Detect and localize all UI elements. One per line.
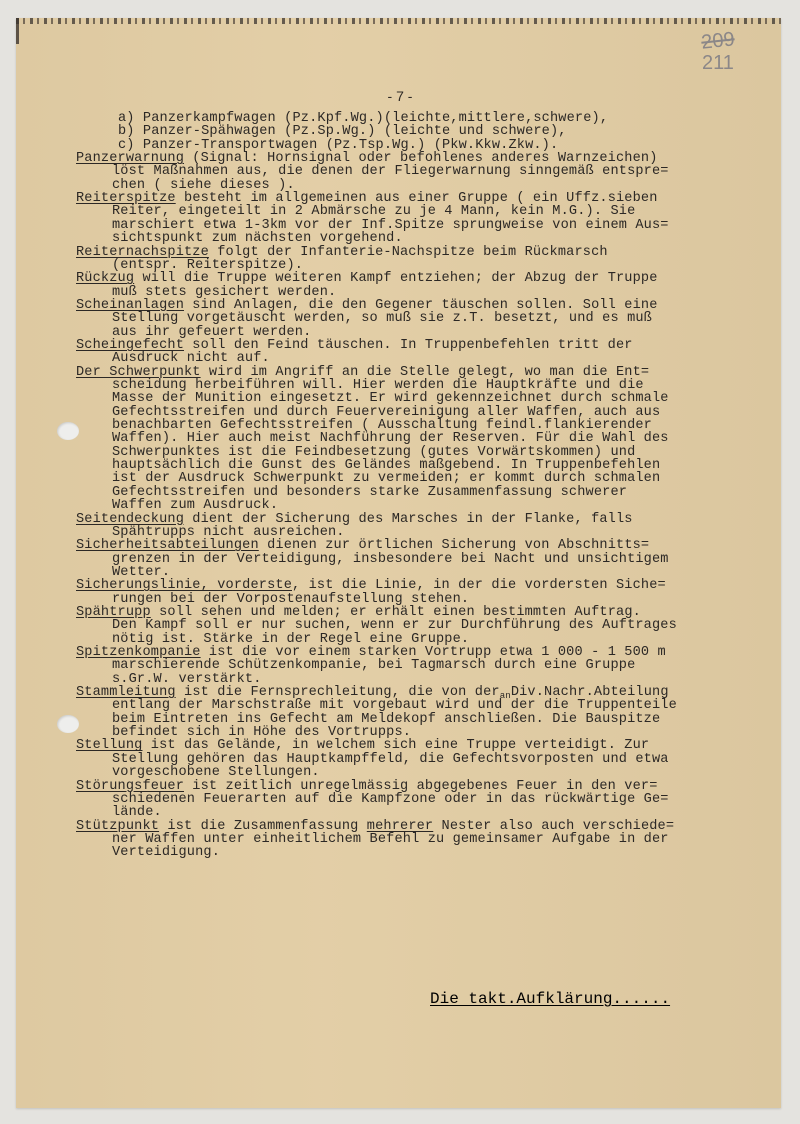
glossary-entry-first-line: Stützpunkt ist die Zusammenfassung mehre… (76, 820, 674, 833)
entry-text: dienen zur örtlichen Sicherung von Absch… (259, 538, 649, 553)
page-edge-mark (16, 18, 19, 44)
glossary-entry-continuation: rungen bei der Vorpostenaufstellung steh… (112, 593, 469, 606)
glossary-entry-continuation: Waffen zum Ausdruck. (112, 499, 278, 512)
glossary-entry-continuation: grenzen in der Verteidigung, insbesonder… (112, 553, 669, 566)
glossary-entry-continuation: hauptsächlich die Gunst des Geländes maß… (112, 459, 660, 472)
glossary-entry-continuation: scheidung herbeiführen will. Hier werden… (112, 379, 644, 392)
glossary-entry-continuation: befindet sich in Höhe des Vortrupps. (112, 726, 411, 739)
glossary-entry-continuation: vorgeschobene Stellungen. (112, 766, 320, 779)
page-top-edge-scan-artifact (16, 18, 781, 24)
glossary-entry-first-line: Scheingefecht soll den Feind täuschen. I… (76, 339, 633, 352)
glossary-entry-continuation: benachbarten Gefechtsstreifen ( Ausschal… (112, 419, 652, 432)
glossary-entry-continuation: lände. (112, 806, 162, 819)
glossary-entry-continuation: entlang der Marschstraße mit vorgebaut w… (112, 699, 677, 712)
glossary-entry-continuation: marschiert etwa 1-3km vor der Inf.Spitze… (112, 219, 669, 232)
glossary-entry-continuation: beim Eintreten ins Gefecht am Meldekopf … (112, 713, 660, 726)
glossary-entry-first-line: Sicherheitsabteilungen dienen zur örtlic… (76, 539, 649, 552)
archive-number-crossed-out: 209 (687, 27, 749, 55)
glossary-entry-continuation: Wetter. (112, 566, 170, 579)
glossary-entry-first-line: Stellung ist das Gelände, in welchem sic… (76, 739, 649, 752)
glossary-entry-continuation: Gefechtsstreifen und durch Feuervereinig… (112, 406, 660, 419)
archive-number-current: 211 (688, 52, 748, 74)
glossary-entry-continuation: schiedenen Feuerarten auf die Kampfzone … (112, 793, 669, 806)
punch-hole-icon (57, 715, 79, 733)
glossary-entry-first-line: Der Schwerpunkt wird im Angriff an die S… (76, 366, 649, 379)
glossary-entry-continuation: chen ( siehe dieses ). (112, 179, 295, 192)
entry-text: will die Truppe weiteren Kampf entziehen… (134, 271, 657, 286)
archive-number: 209 211 (688, 30, 748, 74)
punch-hole-icon (57, 422, 79, 440)
glossary-entry-continuation: Gefechtsstreifen und besonders starke Zu… (112, 486, 627, 499)
glossary-entry-first-line: Seitendeckung dient der Sicherung des Ma… (76, 513, 633, 526)
glossary-entry-continuation: (entspr. Reiterspitze). (112, 259, 303, 272)
glossary-entry-first-line: Reiternachspitze folgt der Infanterie-Na… (76, 246, 608, 259)
glossary-entry-first-line: Spähtrupp soll sehen und melden; er erhä… (76, 606, 641, 619)
glossary-term: Rückzug (76, 271, 134, 286)
glossary-entry-continuation: s.Gr.W. verstärkt. (112, 673, 262, 686)
glossary-entry-continuation: Stellung vorgetäuscht werden, so muß sie… (112, 312, 652, 325)
glossary-entry-continuation: Verteidigung. (112, 846, 220, 859)
glossary-entry-continuation: Stellung gehören das Hauptkampffeld, die… (112, 753, 669, 766)
glossary-entry-first-line: Spitzenkompanie ist die vor einem starke… (76, 646, 666, 659)
glossary-entry-continuation: Schwerpunktes ist die Feindbesetzung (gu… (112, 446, 635, 459)
list-item: a) Panzerkampfwagen (Pz.Kpf.Wg.)(leichte… (118, 112, 608, 125)
glossary-entry-first-line: Sicherungslinie, vorderste, ist die Lini… (76, 579, 666, 592)
glossary-entry-first-line: Reiterspitze besteht im allgemeinen aus … (76, 192, 658, 205)
glossary-entry-continuation: marschierende Schützenkompanie, bei Tagm… (112, 659, 635, 672)
glossary-entry-continuation: aus ihr gefeuert werden. (112, 326, 311, 339)
glossary-entry-continuation: ner Waffen unter einheitlichem Befehl zu… (112, 833, 669, 846)
page-number: - 7 - (0, 88, 800, 104)
glossary-entry-continuation: nötig ist. Stärke in der Regel eine Grup… (112, 633, 469, 646)
glossary-entry-continuation: Ausdruck nicht auf. (112, 352, 270, 365)
glossary-entry-first-line: Scheinanlagen sind Anlagen, die den Gege… (76, 299, 658, 312)
glossary-term: Sicherheitsabteilungen (76, 538, 259, 553)
entry-text: , ist die Linie, in der die vordersten S… (292, 578, 666, 593)
glossary-term: Sicherungslinie, vorderste (76, 578, 292, 593)
glossary-entry-continuation: Den Kampf soll er nur suchen, wenn er zu… (112, 619, 677, 632)
list-item: c) Panzer-Transportwagen (Pz.Tsp.Wg.) (P… (118, 139, 558, 152)
glossary-entry-continuation: löst Maßnahmen aus, die denen der Fliege… (112, 165, 669, 178)
glossary-entry-continuation: muß stets gesichert werden. (112, 286, 336, 299)
glossary-entry-continuation: Spähtrupps nicht ausreichen. (112, 526, 345, 539)
glossary-entry-continuation: Masse der Munition eingesetzt. Er wird g… (112, 392, 669, 405)
glossary-entry-first-line: Rückzug will die Truppe weiteren Kampf e… (76, 272, 658, 285)
glossary-entry-continuation: Reiter, eingeteilt in 2 Abmärsche zu je … (112, 205, 635, 218)
glossary-entry-continuation: Waffen). Hier auch meist Nachführung der… (112, 432, 669, 445)
glossary-entry-first-line: Panzerwarnung (Signal: Hornsignal oder b… (76, 152, 658, 165)
glossary-entry-continuation: sichtspunkt zum nächsten vorgehend. (112, 232, 403, 245)
glossary-entry-first-line: Störungsfeuer ist zeitlich unregelmässig… (76, 780, 658, 793)
list-item: b) Panzer-Spähwagen (Pz.Sp.Wg.) (leichte… (118, 125, 567, 138)
closing-line: Die takt.Aufklärung...... (430, 990, 670, 1008)
glossary-entry-continuation: ist der Ausdruck Schwerpunkt zu vermeide… (112, 472, 660, 485)
